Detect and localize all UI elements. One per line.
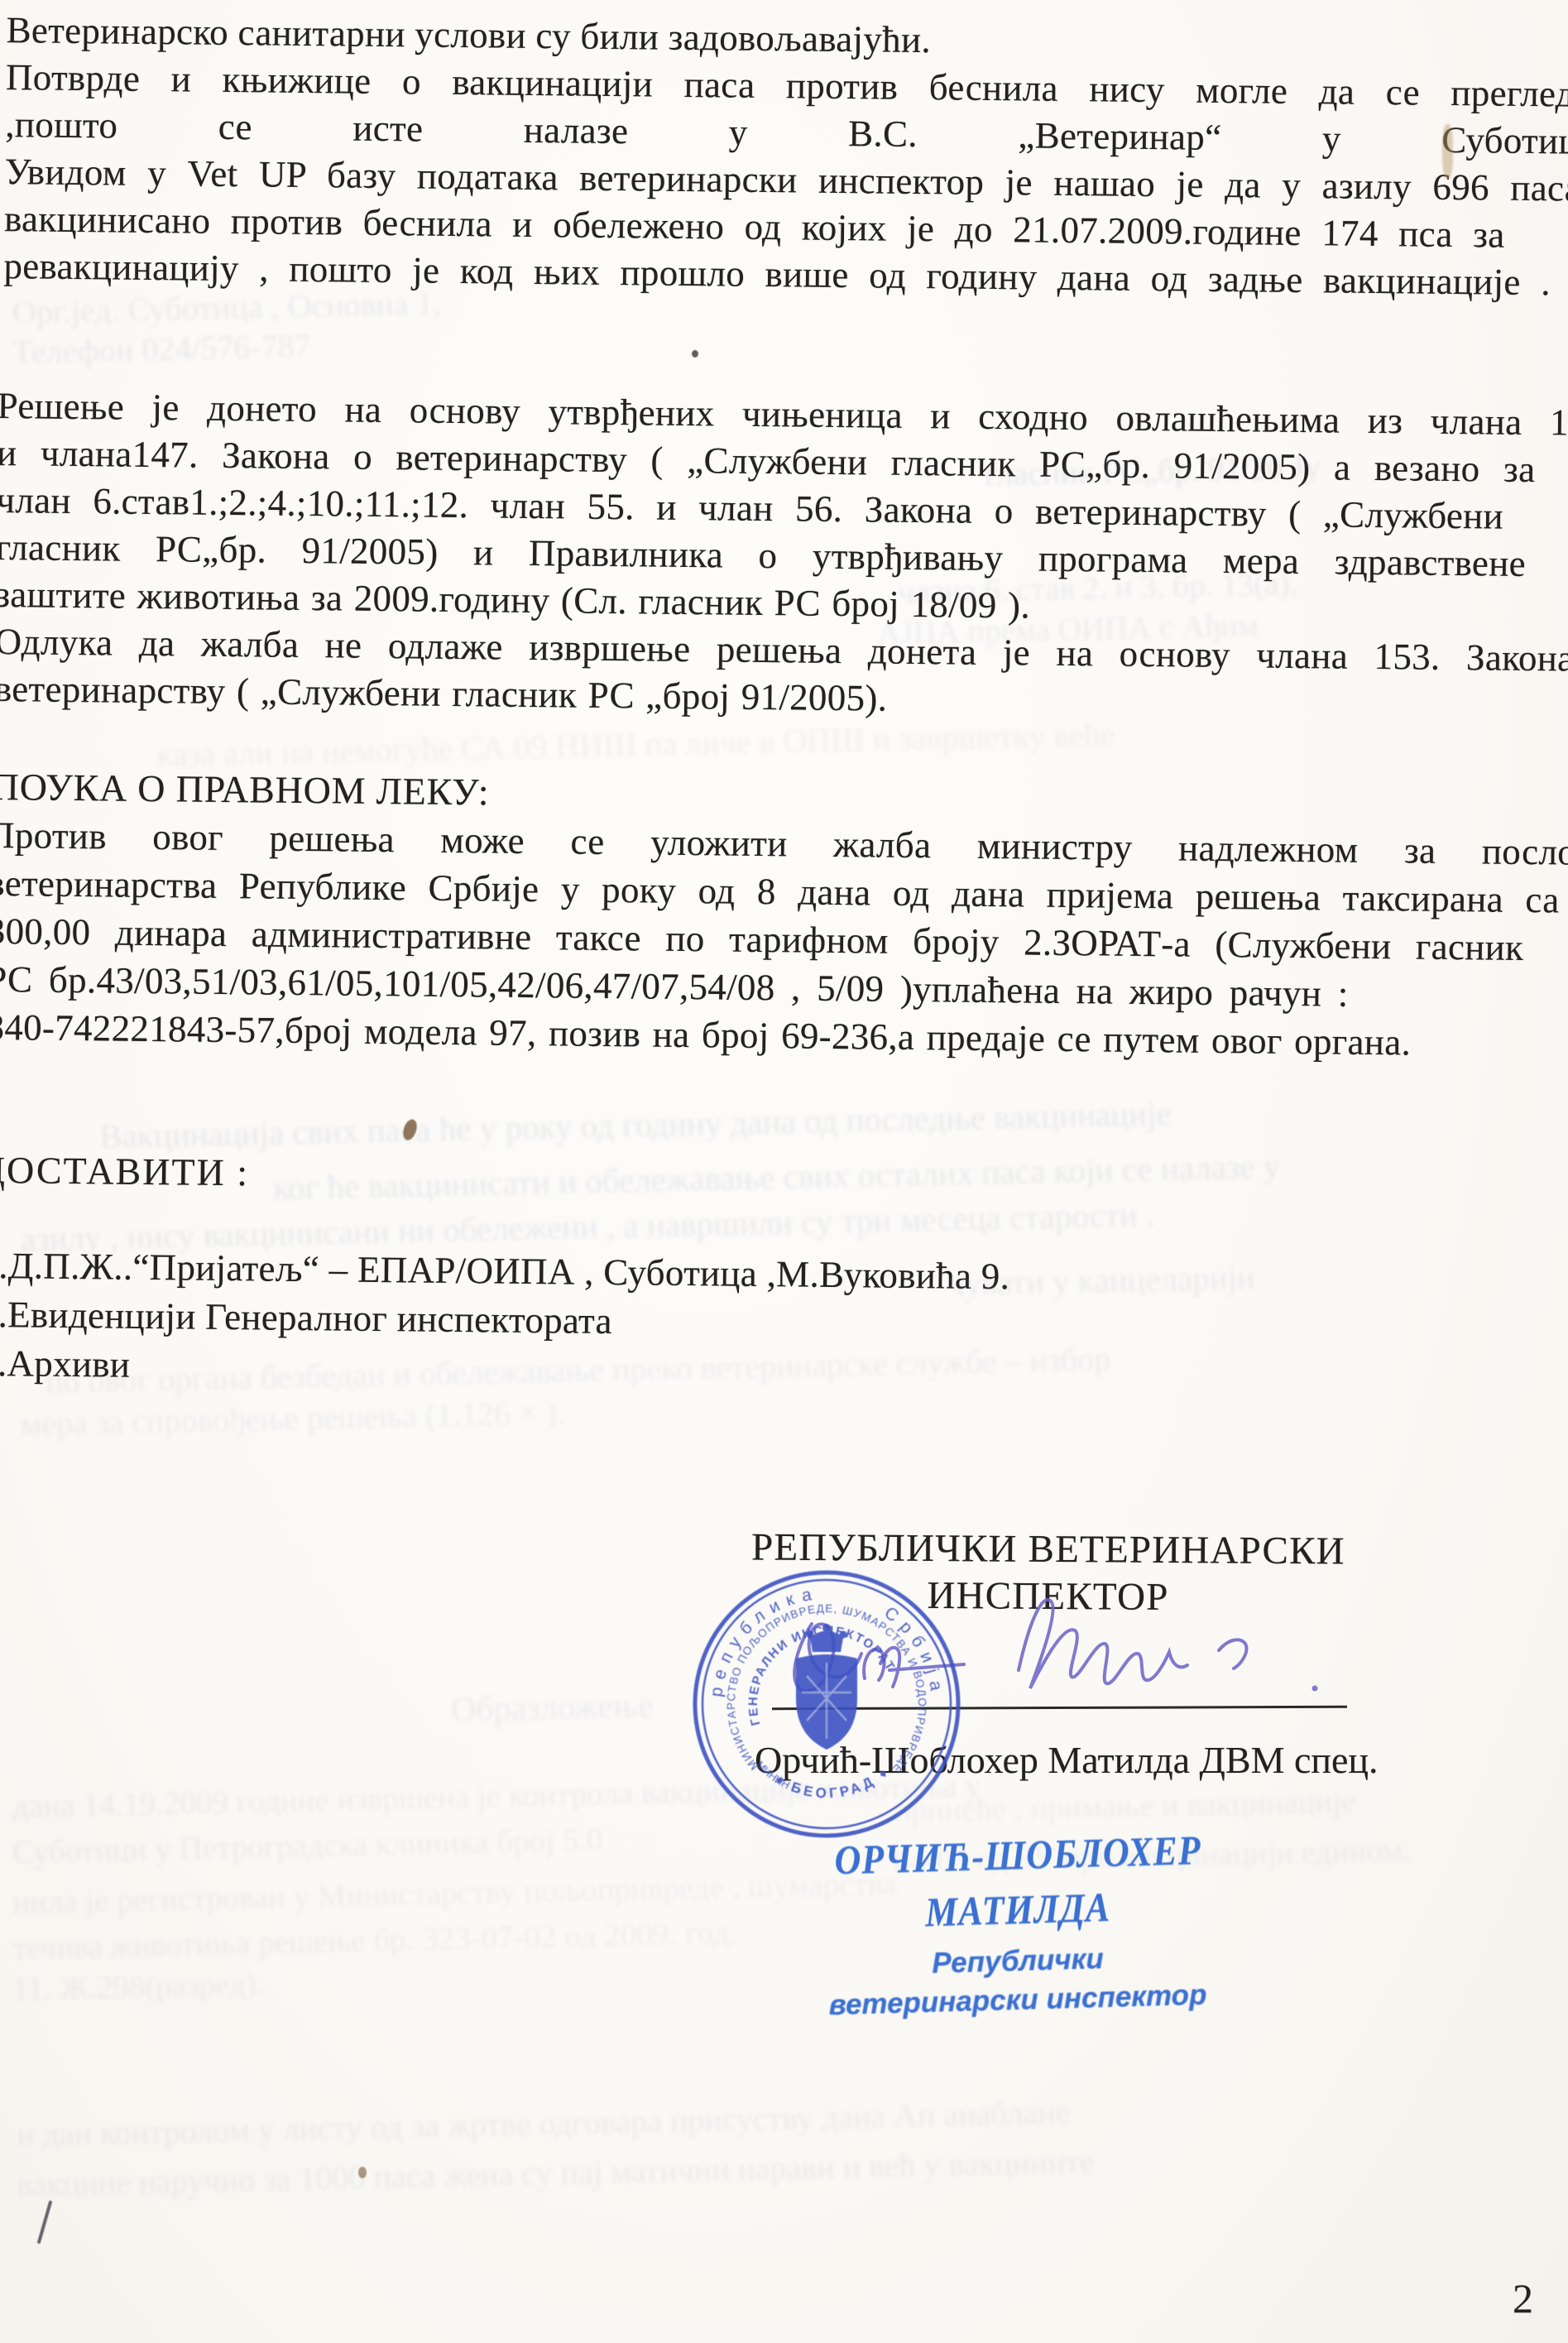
document-body: Ветеринарско санитарни услови су били за… [0,0,1568,17]
scanned-document-page: { "page": { "number": "2" }, "doc": { "p… [0,0,1568,2343]
ink-speck [692,350,698,358]
paragraph-sanitary-findings: Ветеринарско санитарни услови су били за… [3,7,1568,307]
ghost-text-line: Вакцинација свих паса ће у року од годин… [99,1093,1172,1156]
ink-speck [358,2167,367,2178]
ghost-text-line: вакцине наручио за 1000 паса жена су пај… [17,2142,1096,2204]
paper-stain [1442,124,1453,179]
paragraph-legal-basis: Решење је донето на основу утврђених чињ… [0,382,1568,730]
ghost-text-line: течива животиња решење бр. 323-07-02 од … [12,1913,738,1966]
signature-block: РЕПУБЛИЧКИ ВЕТЕРИНАРСКИ ИНСПЕКТОР [695,0,1423,2]
ghost-text-line: Орг.јед. Суботица , Основна 1, [12,283,442,331]
ghost-text-line: мера за спровођење решења (1.126 × ). [21,1393,566,1443]
section-legal-remedy: Против овог решења може се уложити жалба… [0,811,1568,1068]
ghost-text-line: 11. Ж.298(разред). [12,1966,265,2009]
pen-mark [37,2200,53,2244]
coat-of-arms [796,1624,857,1750]
ghost-text-line: гласник РС„бр. 91/20 Ју [985,448,1321,494]
svg-text:Србија: Србија [880,1603,947,1699]
ghost-text-line: чувати у канцеларији [947,1257,1256,1304]
ghost-text-line: Телефон 024/576-787 [12,326,312,372]
page-number: 2 [1513,2274,1533,2322]
ghost-text-line: Образложење [451,1686,655,1730]
ghost-text-line: Суботици у Петроградска клиника број 5.0 [12,1821,603,1871]
ghost-text-line: каза али на немогуће СА 09 НИШ па личе в… [157,714,1115,774]
stamp-country-right-arc: Србија [880,1603,947,1699]
